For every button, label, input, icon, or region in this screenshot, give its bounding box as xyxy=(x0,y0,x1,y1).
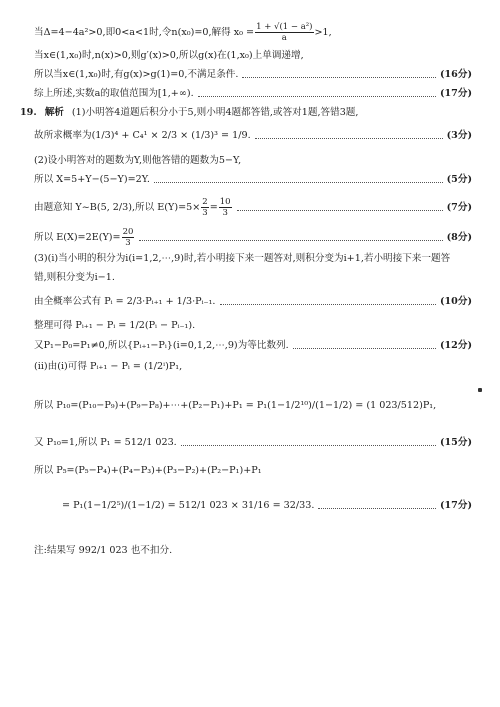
dot-leader xyxy=(220,303,436,305)
formula: 所以 X=5+Y−(5−Y)=2Y. xyxy=(34,174,150,186)
dot-leader xyxy=(139,239,442,241)
formula: 由题意知 Y~B(5, 2/3),所以 E(Y)=5× xyxy=(34,202,200,214)
note: 注:结果写 992/1 023 也不扣分. xyxy=(34,545,172,557)
fraction-denominator: 3 xyxy=(221,208,228,218)
scan-mark xyxy=(478,388,482,392)
fraction-numerator: 1 + √(1 − a²) xyxy=(255,22,313,33)
formula: (1/3)⁴ + C₄¹ × 2/3 × (1/3)³ = 1/9. xyxy=(92,130,251,142)
dot-leader xyxy=(154,181,443,183)
text: = xyxy=(210,202,218,214)
q19-part1-prob: 故所求概率为 (1/3)⁴ + C₄¹ × 2/3 × (1/3)³ = 1/9… xyxy=(34,130,472,142)
fraction-numerator: 20 xyxy=(122,227,135,238)
fraction-denominator: 3 xyxy=(124,238,131,248)
text: 故所求概率为 xyxy=(34,130,92,142)
q19-part3-ii: (ⅱ)由(ⅰ)可得 Pᵢ₊₁ − Pᵢ = (1/2ⁱ)P₁, xyxy=(34,361,472,373)
score-label: (15分) xyxy=(440,437,472,449)
score-label: (12分) xyxy=(440,340,472,352)
score-label: (7分) xyxy=(447,202,472,214)
fraction: 2 3 xyxy=(201,197,208,218)
formula: (ⅱ)由(ⅰ)可得 Pᵢ₊₁ − Pᵢ = (1/2ⁱ)P₁, xyxy=(34,361,182,373)
dot-leader xyxy=(318,507,436,509)
fraction-x0: 1 + √(1 − a²) a xyxy=(255,22,313,43)
q19-part3-intro-1: (3)(ⅰ)当小明的积分为i(i=1,2,⋯,9)时,若小明接下来一题答对,则积… xyxy=(34,253,472,265)
dot-leader xyxy=(293,347,436,349)
formula: 又P₁−P₀=P₁≠0,所以{Pᵢ₊₁−Pᵢ}(i=0,1,2,⋯,9)为等比数… xyxy=(34,340,289,352)
formula: 又 P₁₀=1,所以 P₁ = 512/1 023. xyxy=(34,437,177,449)
dot-leader xyxy=(255,137,443,139)
formula: = P₁(1−1/2⁵)/(1−1/2) = 512/1 023 × 31/16… xyxy=(62,500,314,512)
q19-part2-ey: 由题意知 Y~B(5, 2/3),所以 E(Y)=5× 2 3 = 10 3 (… xyxy=(34,197,472,218)
text: (3)(ⅰ)当小明的积分为i(i=1,2,⋯,9)时,若小明接下来一题答对,则积… xyxy=(34,253,450,265)
text: (2)设小明答对的题数为Y,则他答错的题数为5−Y, xyxy=(34,155,241,167)
line-prev-4: 综上所述,实数a的取值范围为[1,+∞). (17分) xyxy=(34,88,472,100)
q19-part3-rearrange: 整理可得 Pᵢ₊₁ − Pᵢ = 1/2(Pᵢ − Pᵢ₋₁). xyxy=(34,320,472,332)
score-label: (10分) xyxy=(440,296,472,308)
text: 综上所述,实数a的取值范围为[1,+∞). xyxy=(34,88,194,100)
score-label: (16分) xyxy=(440,69,472,81)
text: >1, xyxy=(315,27,332,39)
fraction: 20 3 xyxy=(122,227,135,248)
fraction-numerator: 10 xyxy=(219,197,232,208)
q19-part2-ex: 所以 E(X)=2E(Y)= 20 3 (8分) xyxy=(34,227,472,248)
dot-leader xyxy=(237,209,443,211)
text: 错,则积分变为i−1. xyxy=(34,272,115,284)
q19-part3-p5-a: 所以 P₅=(P₅−P₄)+(P₄−P₃)+(P₃−P₂)+(P₂−P₁)+P₁ xyxy=(34,465,472,477)
dot-leader xyxy=(242,76,436,78)
fraction-numerator: 2 xyxy=(201,197,208,208)
q19-part3-p10: 所以 P₁₀=(P₁₀−P₉)+(P₉−P₈)+⋯+(P₂−P₁)+P₁ = P… xyxy=(34,400,472,412)
text: 当Δ=4−4a²>0,即0<a<1时,令n(x₀)=0,解得 x₀ = xyxy=(34,27,254,39)
fraction-denominator: a xyxy=(281,33,288,43)
text: 当x∈(1,x₀)时,n(x)>0,则g′(x)>0,所以g(x)在(1,x₀)… xyxy=(34,50,304,62)
q19-part2-x: 所以 X=5+Y−(5−Y)=2Y. (5分) xyxy=(34,174,472,186)
dot-leader xyxy=(181,444,436,446)
formula: 所以 E(X)=2E(Y)= xyxy=(34,232,121,244)
note-line: 注:结果写 992/1 023 也不扣分. xyxy=(34,545,472,557)
q19-part3-total-prob: 由全概率公式有 Pᵢ = 2/3·Pᵢ₊₁ + 1/3·Pᵢ₋₁. (10分) xyxy=(34,296,472,308)
question-number: 19. xyxy=(20,107,37,119)
text: 所以当x∈(1,x₀)时,有g(x)>g(1)=0,不满足条件. xyxy=(34,69,238,81)
q19-header: 19. 解析 (1)小明答4道题后积分小于5,则小明4题都答错,或答对1题,答错… xyxy=(20,107,472,119)
fraction: 10 3 xyxy=(219,197,232,218)
q19-part3-intro-2: 错,则积分变为i−1. xyxy=(34,272,472,284)
line-prev-3: 所以当x∈(1,x₀)时,有g(x)>g(1)=0,不满足条件. (16分) xyxy=(34,69,472,81)
score-label: (5分) xyxy=(447,174,472,186)
q19-part3-p5-b: = P₁(1−1/2⁵)/(1−1/2) = 512/1 023 × 31/16… xyxy=(62,500,472,512)
formula: 整理可得 Pᵢ₊₁ − Pᵢ = 1/2(Pᵢ − Pᵢ₋₁). xyxy=(34,320,195,332)
formula: 所以 P₁₀=(P₁₀−P₉)+(P₉−P₈)+⋯+(P₂−P₁)+P₁ = P… xyxy=(34,400,436,412)
q19-part3-geom: 又P₁−P₀=P₁≠0,所以{Pᵢ₊₁−Pᵢ}(i=0,1,2,⋯,9)为等比数… xyxy=(34,340,472,352)
answer-key-page: 当Δ=4−4a²>0,即0<a<1时,令n(x₀)=0,解得 x₀ = 1 + … xyxy=(0,0,500,707)
q19-part2-intro: (2)设小明答对的题数为Y,则他答错的题数为5−Y, xyxy=(34,155,472,167)
q19-part3-p1: 又 P₁₀=1,所以 P₁ = 512/1 023. (15分) xyxy=(34,437,472,449)
line-prev-2: 当x∈(1,x₀)时,n(x)>0,则g′(x)>0,所以g(x)在(1,x₀)… xyxy=(34,50,472,62)
line-prev-1: 当Δ=4−4a²>0,即0<a<1时,令n(x₀)=0,解得 x₀ = 1 + … xyxy=(34,22,472,43)
score-label: (17分) xyxy=(440,88,472,100)
score-label: (8分) xyxy=(447,232,472,244)
formula: 由全概率公式有 Pᵢ = 2/3·Pᵢ₊₁ + 1/3·Pᵢ₋₁. xyxy=(34,296,216,308)
score-label: (3分) xyxy=(447,130,472,142)
solution-label: 解析 xyxy=(45,107,64,119)
text: (1)小明答4道题后积分小于5,则小明4题都答错,或答对1题,答错3题, xyxy=(72,107,359,119)
formula: 所以 P₅=(P₅−P₄)+(P₄−P₃)+(P₃−P₂)+(P₂−P₁)+P₁ xyxy=(34,465,262,477)
fraction-denominator: 3 xyxy=(201,208,208,218)
score-label: (17分) xyxy=(440,500,472,512)
dot-leader xyxy=(198,95,436,97)
